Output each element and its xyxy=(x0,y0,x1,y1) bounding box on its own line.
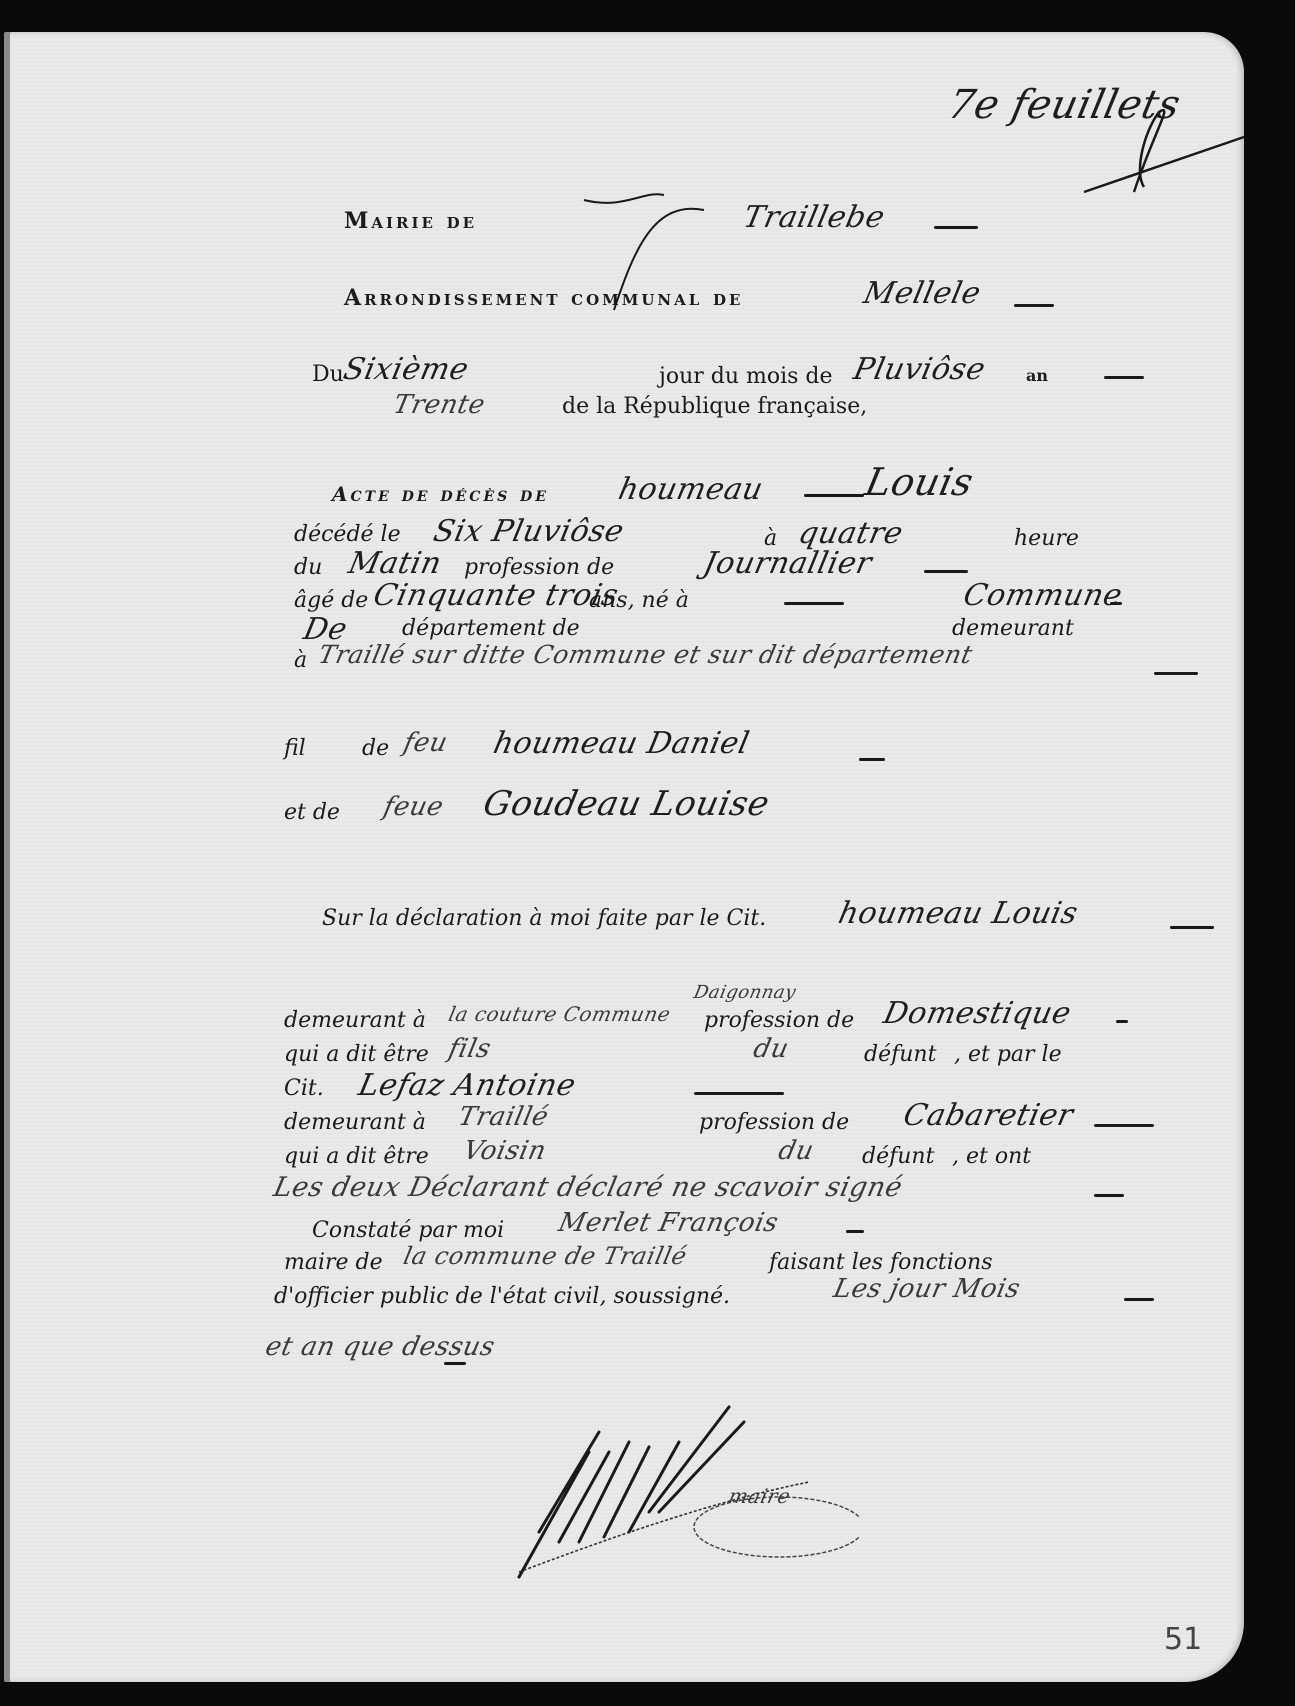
profession-label: profession de xyxy=(704,1008,854,1033)
decede-value: Six Pluviôse xyxy=(430,514,627,549)
declarant2-relation: Voisin xyxy=(461,1136,549,1166)
document-page: 7e feuillets Mairie de Traillebe Arrondi… xyxy=(4,32,1244,1682)
dash xyxy=(846,1230,864,1233)
du-label: du xyxy=(294,555,322,580)
an-label: an xyxy=(1026,366,1048,385)
et-ont-label: , et ont xyxy=(952,1144,1031,1169)
maire-label: maire de xyxy=(284,1250,383,1275)
du-label: Du xyxy=(312,362,344,387)
profession-label: profession de xyxy=(699,1110,849,1135)
month-value: Pluviôse xyxy=(850,352,988,387)
dit-etre-label: qui a dit être xyxy=(284,1042,429,1067)
du2-value: du xyxy=(776,1136,817,1166)
maire-value: la commune de Traillé xyxy=(401,1242,689,1270)
dash xyxy=(784,602,844,605)
arrondissement-label: Arrondissement communal de xyxy=(344,285,743,311)
dash xyxy=(934,226,978,229)
constate-label: Constaté par moi xyxy=(312,1218,504,1243)
demeurant-label: demeurant à xyxy=(284,1008,426,1033)
dash xyxy=(694,1092,784,1095)
mairie-label: Mairie de xyxy=(344,208,477,234)
dit-etre-label: qui a dit être xyxy=(284,1144,429,1169)
page-number: 51 xyxy=(1164,1622,1202,1657)
dash xyxy=(1170,926,1214,929)
closing-hand-2: et an que dessus xyxy=(263,1332,498,1362)
dash xyxy=(1094,1124,1154,1127)
dash xyxy=(924,570,968,573)
declarant1-relation: fils xyxy=(446,1034,494,1064)
day-value: Sixième xyxy=(340,352,472,387)
mother-prefix: feue xyxy=(381,792,447,822)
declarant2-residence: Traillé xyxy=(456,1102,551,1132)
flourish-icon xyxy=(1064,92,1254,202)
born-value: Commune xyxy=(960,578,1125,613)
mother-name: Goudeau Louise xyxy=(480,784,773,824)
age-value: Cinquante trois xyxy=(370,578,621,613)
fonctions-label: faisant les fonctions xyxy=(769,1250,993,1275)
jour-label: jour du mois de xyxy=(659,364,833,389)
residence-insert: Daigonnay xyxy=(692,982,798,1003)
dash xyxy=(1014,304,1054,307)
declaration-intro: Sur la déclaration à moi faite par le Ci… xyxy=(322,906,766,931)
officier-label: d'officier public de l'état civil, souss… xyxy=(274,1284,730,1309)
dash xyxy=(444,1362,466,1365)
defunt-label: défunt xyxy=(862,1144,934,1169)
deceased-surname: houmeau xyxy=(615,472,766,507)
age-label: âgé de xyxy=(294,588,368,613)
declarant1-profession: Domestique xyxy=(880,996,1074,1031)
dash xyxy=(1104,376,1144,379)
demeurant-label: demeurant xyxy=(952,616,1074,641)
fils-label: fil xyxy=(284,736,306,761)
de-label: de xyxy=(362,736,389,761)
du-value: du xyxy=(751,1034,792,1064)
declarant1-residence: la couture Commune xyxy=(446,1002,672,1026)
period-value: Matin xyxy=(345,546,445,581)
decede-label: décédé le xyxy=(294,522,401,547)
dash xyxy=(1094,1194,1124,1197)
declarant2-name: Lefaz Antoine xyxy=(355,1068,579,1103)
a2-label: à xyxy=(294,648,307,673)
dash xyxy=(1124,1298,1154,1301)
dash xyxy=(1110,602,1122,605)
arrondissement-label-text: Arrondissement communal de xyxy=(344,285,743,311)
profession-label: profession de xyxy=(464,555,614,580)
closing-hand-1: Les jour Mois xyxy=(831,1274,1023,1304)
dash xyxy=(1116,1020,1128,1023)
profession-value: Journallier xyxy=(700,546,875,581)
father-name: houmeau Daniel xyxy=(490,726,752,761)
year-value: Trente xyxy=(391,390,488,420)
deceased-forename: Louis xyxy=(861,460,977,504)
demeurant-label: demeurant à xyxy=(284,1110,426,1135)
departement-label: département de xyxy=(402,616,580,641)
residence-value: Traillé sur ditte Commune et sur dit dép… xyxy=(316,640,975,669)
declarant1-name: houmeau Louis xyxy=(835,896,1081,931)
declarant2-profession: Cabaretier xyxy=(900,1098,1076,1133)
dash xyxy=(1154,672,1198,675)
republic-label: de la République française, xyxy=(562,394,867,419)
arrondissement-value: Mellele xyxy=(860,276,984,311)
ans-label: ans, né à xyxy=(589,588,689,613)
cit-label: Cit. xyxy=(284,1076,324,1101)
signature-note: Les deux Déclarant déclaré ne scavoir si… xyxy=(271,1172,906,1203)
signature-icon xyxy=(479,1402,859,1622)
et-de-label: et de xyxy=(284,800,340,825)
et-par-le-label: , et par le xyxy=(954,1042,1062,1067)
father-prefix: feu xyxy=(401,728,451,758)
signature-title: maire xyxy=(726,1484,792,1508)
dash xyxy=(804,494,864,497)
dash xyxy=(859,758,885,761)
defunt-label: défunt xyxy=(864,1042,936,1067)
heure-label: heure xyxy=(1014,526,1079,551)
acte-label: Acte de décès de xyxy=(332,482,549,506)
officer-name: Merlet François xyxy=(556,1208,781,1238)
